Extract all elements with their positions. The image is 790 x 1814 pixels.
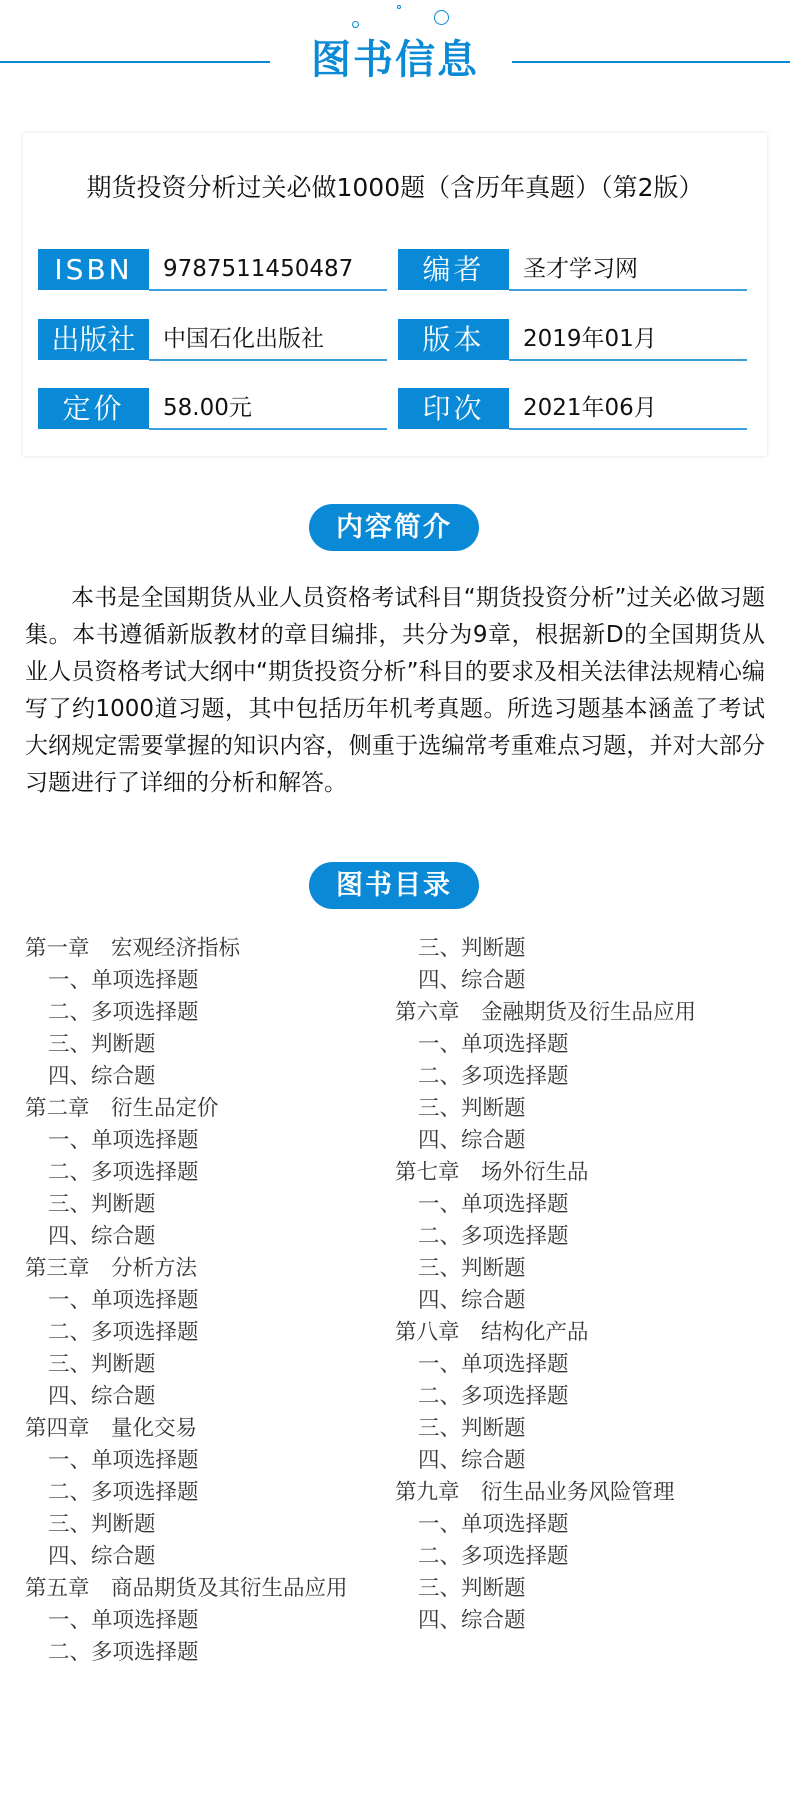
toc-column-left: 第一章 宏观经济指标一、单项选择题二、多项选择题三、判断题四、综合题第二章 衍生… xyxy=(25,933,405,1669)
toc-section-item: 一、单项选择题 xyxy=(395,1029,775,1061)
toc-section-item: 三、判断题 xyxy=(25,1189,405,1221)
toc-section-item: 四、综合题 xyxy=(395,965,775,997)
decor-circle-tiny-icon xyxy=(397,5,401,9)
intro-paragraph: 本书是全国期货从业人员资格考试科目“期货投资分析”过关必做习题集。本书遵循新版教… xyxy=(25,580,765,802)
field-label: 定价 xyxy=(38,388,149,429)
field-label: 版本 xyxy=(398,319,509,360)
field-price: 定价 58.00元 xyxy=(38,388,387,429)
toc-chapter-item: 第六章 金融期货及衍生品应用 xyxy=(395,997,775,1029)
field-label: ISBN xyxy=(38,249,149,290)
field-publisher: 出版社 中国石化出版社 xyxy=(38,319,387,360)
book-title: 期货投资分析过关必做1000题（含历年真题）（第2版） xyxy=(23,171,767,205)
toc-chapter-item: 第三章 分析方法 xyxy=(25,1253,405,1285)
book-info-card: 期货投资分析过关必做1000题（含历年真题）（第2版） ISBN 9787511… xyxy=(23,133,767,456)
section-title-book-info: 图书信息 xyxy=(0,34,790,86)
section-pill-intro: 内容简介 xyxy=(309,504,479,551)
toc-section-item: 三、判断题 xyxy=(395,1573,775,1605)
field-value: 圣才学习网 xyxy=(509,249,747,291)
toc-section-item: 四、综合题 xyxy=(25,1061,405,1093)
toc-section-item: 四、综合题 xyxy=(395,1605,775,1637)
field-value: 9787511450487 xyxy=(149,249,387,291)
toc-column-right: 三、判断题四、综合题第六章 金融期货及衍生品应用一、单项选择题二、多项选择题三、… xyxy=(395,933,775,1637)
field-printing: 印次 2021年06月 xyxy=(398,388,747,429)
toc-chapter-item: 第一章 宏观经济指标 xyxy=(25,933,405,965)
field-value: 2019年01月 xyxy=(509,319,747,361)
toc-section-item: 三、判断题 xyxy=(395,1093,775,1125)
toc-section-item: 四、综合题 xyxy=(25,1381,405,1413)
toc-section-item: 二、多项选择题 xyxy=(25,1637,405,1669)
toc-section-item: 二、多项选择题 xyxy=(395,1381,775,1413)
field-value: 2021年06月 xyxy=(509,388,747,430)
toc-chapter-item: 第七章 场外衍生品 xyxy=(395,1157,775,1189)
toc-section-item: 三、判断题 xyxy=(395,1413,775,1445)
toc-section-item: 四、综合题 xyxy=(25,1541,405,1573)
toc-section-item: 二、多项选择题 xyxy=(25,1477,405,1509)
toc-section-item: 四、综合题 xyxy=(395,1445,775,1477)
toc-section-item: 四、综合题 xyxy=(395,1285,775,1317)
toc-section-item: 一、单项选择题 xyxy=(25,1605,405,1637)
field-value: 中国石化出版社 xyxy=(149,319,387,361)
toc-chapter-item: 第四章 量化交易 xyxy=(25,1413,405,1445)
field-edition: 版本 2019年01月 xyxy=(398,319,747,360)
toc-section-item: 三、判断题 xyxy=(25,1029,405,1061)
field-label: 印次 xyxy=(398,388,509,429)
toc-section-item: 一、单项选择题 xyxy=(395,1349,775,1381)
toc-section-item: 三、判断题 xyxy=(25,1349,405,1381)
toc-section-item: 二、多项选择题 xyxy=(25,1157,405,1189)
field-editor: 编者 圣才学习网 xyxy=(398,249,747,290)
decor-circle-large-icon xyxy=(434,10,449,25)
toc-section-item: 一、单项选择题 xyxy=(395,1509,775,1541)
toc-section-item: 三、判断题 xyxy=(395,1253,775,1285)
toc-section-item: 二、多项选择题 xyxy=(395,1221,775,1253)
field-isbn: ISBN 9787511450487 xyxy=(38,249,387,290)
toc-section-item: 二、多项选择题 xyxy=(25,997,405,1029)
toc-section-item: 一、单项选择题 xyxy=(395,1189,775,1221)
toc-section-item: 一、单项选择题 xyxy=(25,1285,405,1317)
field-value: 58.00元 xyxy=(149,388,387,430)
toc-section-item: 四、综合题 xyxy=(395,1125,775,1157)
toc-chapter-item: 第九章 衍生品业务风险管理 xyxy=(395,1477,775,1509)
toc-section-item: 一、单项选择题 xyxy=(25,965,405,997)
toc-section-item: 一、单项选择题 xyxy=(25,1445,405,1477)
toc-section-item: 四、综合题 xyxy=(25,1221,405,1253)
toc-section-item: 二、多项选择题 xyxy=(395,1061,775,1093)
toc-section-item: 三、判断题 xyxy=(25,1509,405,1541)
section-pill-toc: 图书目录 xyxy=(309,862,479,909)
decor-circle-small-icon xyxy=(352,21,359,28)
toc-section-item: 二、多项选择题 xyxy=(25,1317,405,1349)
field-label: 出版社 xyxy=(38,319,149,360)
toc-chapter-item: 第八章 结构化产品 xyxy=(395,1317,775,1349)
toc-section-item: 三、判断题 xyxy=(395,933,775,965)
toc-section-item: 二、多项选择题 xyxy=(395,1541,775,1573)
toc-chapter-item: 第二章 衍生品定价 xyxy=(25,1093,405,1125)
field-label: 编者 xyxy=(398,249,509,290)
toc-section-item: 一、单项选择题 xyxy=(25,1125,405,1157)
toc-chapter-item: 第五章 商品期货及其衍生品应用 xyxy=(25,1573,405,1605)
